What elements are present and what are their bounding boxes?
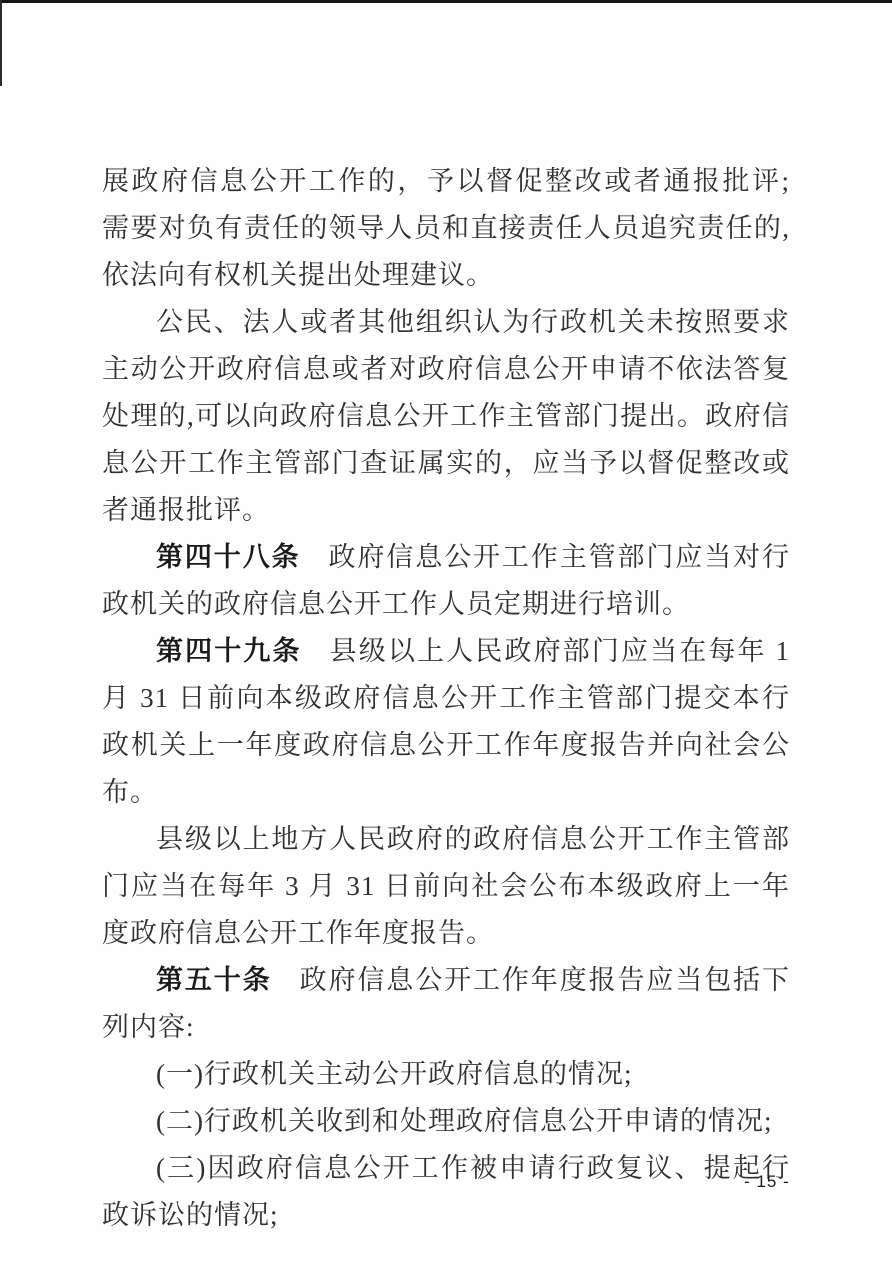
paragraph-text: (三)因政府信息公开工作被申请行政复议、提起行政诉讼的情况;	[102, 1153, 790, 1230]
article-number: 第五十条	[156, 965, 272, 995]
paragraph-text: 公民、法人或者其他组织认为行政机关未按照要求主动公开政府信息或者对政府信息公开申…	[102, 307, 790, 525]
scan-edge-top	[0, 0, 892, 3]
paragraph-text: (一)行政机关主动公开政府信息的情况;	[156, 1059, 632, 1089]
paragraph: 第四十八条政府信息公开工作主管部门应当对行政机关的政府信息公开工作人员定期进行培…	[102, 534, 790, 628]
paragraph: 公民、法人或者其他组织认为行政机关未按照要求主动公开政府信息或者对政府信息公开申…	[102, 299, 790, 534]
page-number: - 15 -	[744, 1172, 790, 1192]
document-page: 展政府信息公开工作的，予以督促整改或者通报批评; 需要对负有责任的领导人员和直接…	[0, 0, 892, 1262]
paragraph: 第五十条政府信息公开工作年度报告应当包括下列内容:	[102, 957, 790, 1051]
document-body: 展政府信息公开工作的，予以督促整改或者通报批评; 需要对负有责任的领导人员和直接…	[102, 158, 790, 1239]
article-number: 第四十八条	[156, 542, 301, 572]
paragraph: (一)行政机关主动公开政府信息的情况;	[102, 1051, 790, 1098]
paragraph-text: 展政府信息公开工作的，予以督促整改或者通报批评; 需要对负有责任的领导人员和直接…	[102, 166, 790, 290]
paragraph: (二)行政机关收到和处理政府信息公开申请的情况;	[102, 1098, 790, 1145]
paragraph-text: 县级以上地方人民政府的政府信息公开工作主管部门应当在每年 3 月 31 日前向社…	[102, 824, 790, 948]
paragraph-text: (二)行政机关收到和处理政府信息公开申请的情况;	[156, 1106, 772, 1136]
article-number: 第四十九条	[156, 636, 302, 666]
paragraph: 第四十九条县级以上人民政府部门应当在每年 1 月 31 日前向本级政府信息公开工…	[102, 628, 790, 816]
paragraph: 县级以上地方人民政府的政府信息公开工作主管部门应当在每年 3 月 31 日前向社…	[102, 816, 790, 957]
paragraph: 展政府信息公开工作的，予以督促整改或者通报批评; 需要对负有责任的领导人员和直接…	[102, 158, 790, 299]
paragraph: (三)因政府信息公开工作被申请行政复议、提起行政诉讼的情况;	[102, 1145, 790, 1239]
scan-edge-left	[0, 0, 2, 86]
